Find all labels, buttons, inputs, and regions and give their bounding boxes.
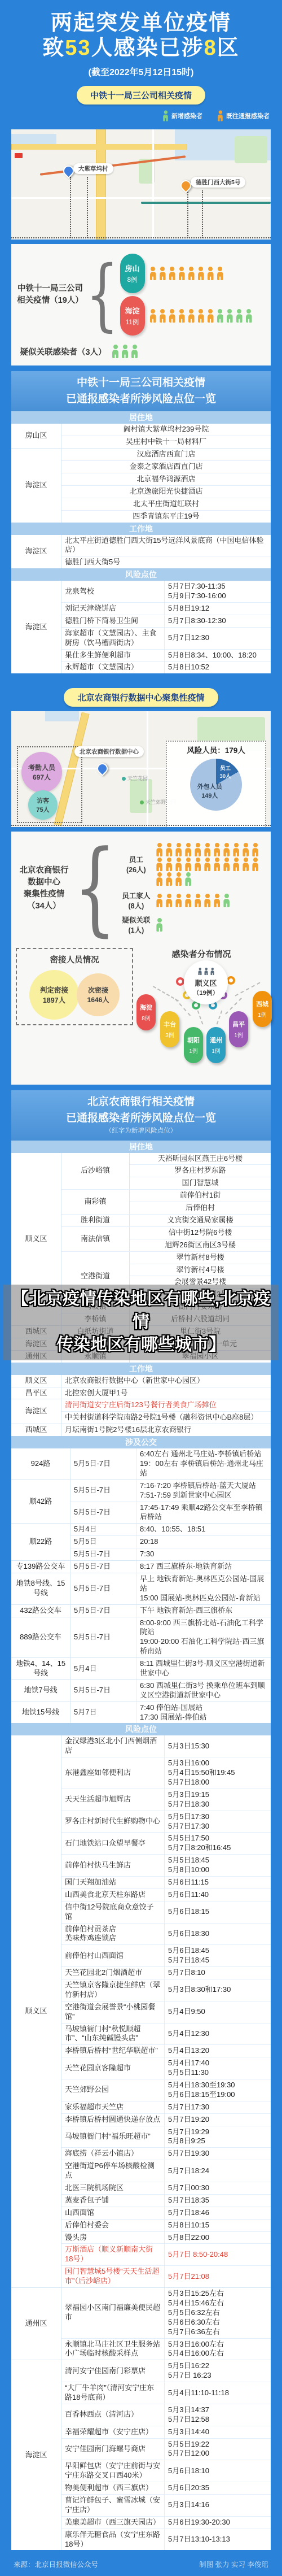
place-row: 曹记许鲜包子、蜜雪冰城（安宁庄店） 5月3日14:16 — [61, 2494, 271, 2516]
place-row: 前俸伯村贡茶店 美味炸鸡连锁店 5月6日18:30 — [61, 1923, 271, 1945]
place-time: 5月3日14:37 5月7日12:58 — [165, 2404, 271, 2426]
place-name: 曹记许鲜包子、蜜雪冰城（安宁庄店） — [61, 2495, 165, 2516]
district-name: 海淀 — [140, 1003, 152, 1012]
date-cell: 5月5日-7日 — [70, 1548, 136, 1560]
author-credit: 制图 张力 实习 李俊瑶 — [199, 2559, 268, 2569]
address-list: 阎村镇大紫草坞村239号院吴庄村中铁十一局材料厂 — [61, 424, 271, 448]
person-icon — [252, 843, 258, 856]
place-time: 5月7日19:30 — [165, 2148, 271, 2160]
address-list: 前俸伯村1街后俸伯村 — [130, 1190, 271, 1214]
address-list: 月坛南街1号院2号楼16层北京农商银行 — [61, 1424, 271, 1436]
person-icon — [217, 267, 223, 280]
place-row: 国门天翔加油站 5月6日11:15 — [61, 1876, 271, 1889]
confirmed-close-contacts: 判定密接 1897人 — [29, 970, 79, 1020]
place-row: 北医三院机场院区 5月7日00:30 — [61, 2182, 271, 2194]
district-name: 丰台 — [164, 1020, 176, 1029]
location-pin — [95, 761, 110, 776]
person-icon — [185, 858, 191, 871]
address-list: 义宾街交通局家属楼 — [130, 1215, 271, 1226]
place-name: 山西面馆 — [61, 2207, 165, 2219]
brace-icon: { — [73, 848, 116, 929]
place-name: 天竺花园京客隆超市 — [61, 2057, 165, 2079]
place-name: 空港街道P6停车场核酸检测点 — [61, 2160, 165, 2182]
district-cell: 通州区 — [11, 2288, 61, 2360]
bus-entry-row: 5月5日-7日 17:45-17:49 乘顺42路公交车至李桥镇后桥站 — [70, 1502, 271, 1524]
pictogram-row: 员工家人 (8人) — [117, 890, 266, 911]
address-cell: 中关村街道科学院南路2号院1号楼（融科资讯中心B座8层） — [61, 1411, 271, 1424]
address-cell: 德胜门西大街5号 — [61, 556, 271, 568]
section-risk-points: 风险点位 — [11, 1723, 271, 1735]
legend-prev-label: 既往通报感染者 — [226, 111, 270, 120]
map-road — [147, 711, 148, 827]
place-row: 刘记天津烧饼店 5月8日19:12 — [61, 602, 271, 615]
place-row: 空港街道会展誉景“小桃园餐馆” 5月4日9:50 — [61, 2001, 271, 2023]
legend-prev-cases: 既往通报感染者 — [217, 109, 270, 123]
district-cell: 海淀区 — [11, 1399, 61, 1424]
address-cell: 后俸伯村 — [130, 1202, 271, 1214]
close-contacts-title: 密接人员情况 — [19, 954, 130, 965]
table-row: 海淀区 汉庭酒店西直门店金泰之家酒店西直门店北京福华鸿源酒店北京逸旅阳光快捷酒店… — [11, 448, 271, 522]
person-icon — [156, 918, 162, 932]
place-name: 清河安宁佳园南门彩票店 — [61, 2360, 165, 2382]
bus-entry-row: 5月7日 7:40 俸伯站-国展站 17:30 国展站-俸伯站 — [70, 1702, 271, 1724]
source-credit: 来源：北京日报微信公众号 — [14, 2559, 98, 2569]
person-icon — [198, 309, 204, 323]
nongshang-pictogram-panel: 北京农商银行 数据中心 聚集性疫情 （34人） { 员工 (26人) 员工家人 … — [11, 832, 271, 1085]
person-icon — [236, 309, 243, 323]
contacts-and-distribution: 密接人员情况 判定密接 1897人 次密接 1646人 感染者分布情况 — [16, 948, 266, 1078]
close-contacts-box: 密接人员情况 判定密接 1897人 次密接 1646人 — [16, 948, 133, 1025]
place-name: 早阳鲜包店（安宁庄前街与安宁庄东路交叉口西40米） — [61, 2460, 165, 2482]
place-row: 翠福园小区南门福廉美便民超市 5月3日15:25左右 5月4日15:46左右 5… — [61, 2288, 271, 2338]
place-time: 5月3日14:40 — [165, 2426, 271, 2438]
place-time: 5月6日18:10 — [165, 2460, 271, 2482]
place-list: 金汉绿港3区北小门西侧烟酒店 5月3日15:30 东港鑫座如邻便利店 5月3日1… — [61, 1735, 271, 2287]
district-cell: 海淀区 — [11, 449, 61, 522]
town-row: 后沙峪镇 天裕昕园东区燕王庄6号楼罗各庄村罗东路国门智慧城 — [61, 1153, 271, 1190]
detail-cell: 8:17 西三旗桥东-地铁育新站 — [136, 1561, 271, 1573]
person-icon — [131, 345, 138, 358]
table-row: 专139路公交车 5月5日-7日 8:17 西三旗桥东-地铁育新站 — [11, 1560, 271, 1573]
person-icon — [217, 309, 223, 323]
district-pill: 海淀 8例 — [136, 994, 156, 1030]
t2-residence-wrap: 顺义区 后沙峪镇 天裕昕园东区燕王庄6号楼罗各庄村罗东路国门智慧城 南彩镇 — [11, 1153, 271, 1363]
place-time: 5月6日20:35 — [165, 2482, 271, 2494]
place-name: 蒸麦香包子铺 — [61, 2195, 165, 2207]
place-name: 永辉超市（文慧园店） — [61, 662, 165, 673]
place-name: “大厂牛羊肉”（清河安宁庄东路18号底商） — [61, 2382, 165, 2404]
place-row: 德胜门桥下简易卫生间 5月7日8:30-12:30 — [61, 615, 271, 627]
section-workplace: 工作地 — [11, 1363, 271, 1375]
t2-bus-groups: 924路 5月5日-7日 6:40左右 通州北马庄站-李桥镇后桥站 19：00左… — [11, 1448, 271, 1723]
bus-entry-list: 5月4日 8:40、10:55、18:51 5月5日 20:18 5月5日-7日… — [70, 1524, 271, 1560]
place-time: 5月6日18:15 — [165, 1901, 271, 1923]
place-time: 5月7日12:30 — [165, 628, 271, 649]
place-time: 5月5日18:45 5月8日10:00 — [165, 1855, 271, 1876]
case-count: 1例 — [211, 1046, 221, 1055]
row-label: 员工 (26人) — [117, 854, 155, 874]
district-name: 房山 — [125, 263, 140, 273]
person-icon — [160, 309, 166, 323]
section2-title-pill: 北京农商银行数据中心聚集性疫情 — [64, 688, 218, 707]
address-list: 天裕昕园东区燕王庄6号楼罗各庄村罗东路国门智慧城 — [130, 1153, 271, 1190]
place-time: 5月7日8:10 — [165, 1967, 271, 1979]
caption-line2: 传染地区有哪些城市】 — [5, 1334, 277, 1357]
date-cell: 5月4日 — [70, 1524, 136, 1535]
place-row: “大厂牛羊肉”（清河安宁庄东路18号底商） 5月4日11:10-11:18 — [61, 2382, 271, 2404]
place-list: 龙泉驾校 5月7日7:30-11:35 5月9日7:30-16:00 刘记天津烧… — [61, 581, 271, 673]
person-icon — [185, 872, 191, 886]
address-cell: 翠竹新村8号楼 — [130, 1252, 271, 1264]
page-title-line1: 两起突发单位疫情 — [0, 11, 282, 36]
pictogram-row: 疑似关联 (1人) — [117, 915, 266, 935]
address-cell: 国门智慧城 — [130, 1177, 271, 1189]
map-nongshang-datacenter: 考勤人员 697人 访客 75人 北京农商银行数据中心 天竺花园 天竺郊野公园 … — [11, 711, 271, 827]
table-row: 顺22路 5月4日 8:40、10:55、18:51 5月5日 20:18 5月… — [11, 1523, 271, 1560]
pictogram2-label: 北京农商银行 数据中心 聚集性疫情 （34人） — [16, 865, 72, 912]
pictogram2: 北京农商银行 数据中心 聚集性疫情 （34人） { 员工 (26人) 员工家人 … — [16, 838, 266, 939]
address-cell: 北控宏创大厦甲1号 — [61, 1387, 271, 1399]
address-cell: 北太平庄街道红联村 — [61, 498, 271, 510]
table-row: 海淀区 北太平庄街道德胜门西大街15号远洋风景底商（中国电信体验店）德胜门西大街… — [11, 535, 271, 569]
place-name: 物美便利超市（西三旗店） — [61, 2482, 165, 2494]
place-name: 山西美食北京天柱东路店 — [61, 1889, 165, 1901]
person-icon — [208, 309, 214, 323]
detail-cell: 6:40左右 通州北马庄站-李桥镇后桥站 19：00左右 李桥镇后桥站-通州北马… — [136, 1448, 271, 1480]
place-time: 5月7日17:30 — [165, 2101, 271, 2113]
district-count: 8 — [204, 36, 217, 60]
person-icons — [155, 917, 164, 932]
place-time: 5月8日10:15 — [165, 2220, 271, 2231]
place-row: 果仕多生鲜便利超市 5月8日8:34、10:00、18:20 — [61, 649, 271, 662]
place-name: 李桥镇后桥村圆通快递存放点 — [61, 2114, 165, 2126]
place-name: 翠福园小区南门福廉美便民超市 — [61, 2288, 165, 2338]
date-cell: 5月5日-7日 — [70, 1480, 136, 1502]
t1-risk-groups: 海淀区 龙泉驾校 5月7日7:30-11:35 5月9日7:30-16:00 刘… — [11, 581, 271, 673]
place-row: 蒸麦香包子铺 5月7日18:35 — [61, 2194, 271, 2207]
person-icon — [150, 309, 156, 323]
guide-line — [202, 190, 203, 238]
bus-entry-row: 5月5日-7日 8:17 西三旗桥东-地铁育新站 — [70, 1561, 271, 1573]
pictogram-row: 员工 (26人) — [117, 842, 266, 886]
place-row: 海家超市（文慧园店）、主食厨房（饮马槽西街店） 5月7日12:30 — [61, 627, 271, 649]
person-icon — [156, 843, 162, 856]
town-cell: 胜利街道 — [61, 1215, 130, 1226]
place-time: 5月7日13:10-13:13 — [165, 2529, 271, 2551]
address-cell: 北京逸旅阳光快捷酒店 — [61, 485, 271, 498]
bus-route-cell: 地铁8号线、15号线 — [11, 1573, 70, 1604]
district-cell: 海淀区 — [11, 581, 61, 673]
address-cell: 北京福华鸿源酒店 — [61, 473, 271, 485]
place-time: 5月3日16:00 5月4日15:50和19:45 5月7日18:00 — [165, 1757, 271, 1789]
place-time: 5月7日8:30-12:30 — [165, 615, 271, 627]
t1-workplace-groups: 海淀区 北太平庄街道德胜门西大街15号远洋风景底商（中国电信体验店）德胜门西大街… — [11, 535, 271, 569]
table-row: 海淀区 龙泉驾校 5月7日7:30-11:35 5月9日7:30-16:00 刘… — [11, 581, 271, 673]
district-pill: 西城 1例 — [253, 991, 272, 1027]
row-label: 员工家人 (8人) — [117, 890, 155, 911]
table-row: 地铁7号线 5月5日-7日 6:30 西城里仁街3号 换乘单位班车到顺义区空港街… — [11, 1679, 271, 1702]
place-time: 5月4日9:50 — [165, 2001, 271, 2023]
place-row: 马坡镇衙门村“秋悦顺超市”、“山东纯碱馒头店” 5月4日12:30 — [61, 2023, 271, 2045]
address-list: 北太平庄街道德胜门西大街15号远洋风景底商（中国电信体验店）德胜门西大街5号 — [61, 535, 271, 569]
pie-label-staff: 员工 30人 — [219, 764, 231, 780]
district-cell: 房山区 — [11, 424, 61, 448]
place-name: 东港鑫座如邻便利店 — [61, 1757, 165, 1789]
place-time: 5月7日18:46 — [165, 2207, 271, 2219]
detail-cell: 20:18 — [136, 1536, 271, 1548]
place-name: 德胜门桥下简易卫生间 — [61, 615, 165, 627]
place-time: 5月7日18:24 — [165, 2160, 271, 2182]
person-icons — [148, 266, 225, 281]
place-time: 5月5日16:22 5月7日 16:23 — [165, 2360, 271, 2382]
place-name: 前俸伯村快马生鲜店 — [61, 1855, 165, 1876]
place-name: 空港街道会展誉景“小桃园餐馆” — [61, 2001, 165, 2023]
address-list: 汉庭酒店西直门店金泰之家酒店西直门店北京福华鸿源酒店北京逸旅阳光快捷酒店北太平庄… — [61, 449, 271, 522]
person-icon — [175, 872, 182, 886]
place-row: 永辉超市（文慧园店） 5月8日10:52 — [61, 661, 271, 673]
district-name: 朝阳 — [187, 1035, 200, 1045]
person-icon — [188, 267, 195, 280]
map-label-dazicaowu: 大紫草坞村 — [73, 163, 113, 174]
place-name: 天竺花园北2门烟酒超市 — [61, 1967, 165, 1979]
green-person-icon — [163, 111, 168, 121]
place-name: 康乐伴无糖食品（安宁庄东路18号） — [61, 2529, 165, 2551]
bus-entry-list: 5月7日 7:40 俸伯站-国展站 17:30 国展站-俸伯站 — [70, 1702, 271, 1724]
pictogram-groups: 房山 8例 海淀 11例 — [120, 251, 254, 338]
place-row: 国门智慧城5号楼“天天生活超市”（后沙峪店） 5月7日21:08 — [61, 2265, 271, 2287]
connector-line — [197, 1011, 204, 1025]
guide-line — [187, 190, 188, 238]
person-icon — [156, 872, 162, 886]
suspect-label: 疑似关联感染者（3人） — [16, 346, 111, 358]
place-name: 幸福荣耀超市（安宁庄店） — [61, 2426, 165, 2438]
address-cell: 义宾街交通局家属楼 — [130, 1215, 271, 1226]
place-name: 万斯酒店（顺义新顺南大街18号） — [61, 2244, 165, 2265]
district-name: 西城 — [256, 999, 268, 1008]
bus-entry-list: 5月5日-7日 6:30 西城里仁街3号 换乘单位班车到顺义区空港街道新世家中心 — [70, 1680, 271, 1702]
center-district-name: 顺义区 — [195, 977, 217, 988]
date-cell: 5月5日-7日 — [70, 1448, 136, 1480]
date-cell: 5月5日-7日 — [70, 1605, 136, 1617]
bus-entry-list: 5月4日 8:11 西城里仁街3号-顺义区空港街道新世家中心 — [70, 1658, 271, 1679]
place-name: 龙泉驾校 — [61, 581, 165, 602]
place-row: 马坡镇衙门村“福乐旺超市” 5月7日19:29 5月8日9:25 — [61, 2126, 271, 2148]
secondary-close-contacts: 次密接 1646人 — [77, 973, 120, 1016]
case-count: 8例 — [142, 1013, 151, 1022]
pie-label-outsourced: 外包人员 149人 — [197, 782, 222, 800]
person-icon — [166, 843, 172, 856]
table-row: 地铁4、14、15号线 5月4日 8:11 西城里仁街3号-顺义区空港街道新世家… — [11, 1657, 271, 1679]
place-row: 美廉美超市（西三旗天园店） 5月6日19:30-20:30 — [61, 2516, 271, 2529]
bus-route-cell: 顺22路 — [11, 1524, 70, 1560]
address-cell: 月坛南街1号院2号楼16层北京农商银行 — [61, 1424, 271, 1436]
bus-entry-list: 5月5日-7日 早上 地铁育新站-奥林匹克公园站-国展站 15:00 国展站-奥… — [70, 1573, 271, 1604]
detail-cell: 7:30 — [136, 1548, 271, 1560]
distribution-center-shunyi: 顺义区 （19例） — [184, 960, 228, 1004]
place-name: 北医三院机场院区 — [61, 2182, 165, 2194]
spoke-ring — [176, 977, 184, 986]
video-caption-overlay: 【北京疫情传染地区有哪些,北京疫情 传染地区有哪些城市】 — [3, 1285, 279, 1360]
place-row: 清河安宁佳园南门彩票店 5月5日16:22 5月7日 16:23 — [61, 2360, 271, 2382]
bus-route-cell: 地铁4、14、15号线 — [11, 1658, 70, 1679]
person-icon — [214, 858, 220, 871]
district-cell: 西城区 — [11, 1424, 61, 1436]
place-time: 5月3日16:00左右 5月4日16:00左右 — [165, 2339, 271, 2360]
place-list: 翠福园小区南门福廉美便民超市 5月3日15:25左右 5月4日15:46左右 5… — [61, 2288, 271, 2360]
map-park — [130, 779, 152, 813]
legend-new-cases: 新增感染者 — [162, 109, 202, 123]
place-time: 5月3日8:30和17:30 — [165, 1979, 271, 2001]
place-row: 前俸伯村山西面馆 5月6日18:45 5月7日18:45 — [61, 1944, 271, 1966]
bus-entry-list: 5月5日-7日 7:16-7:20 李桥镇后桥站-蓝天大厦站 7:51-7:59… — [70, 1480, 271, 1524]
connector-line — [175, 999, 191, 1016]
place-name: 国门天翔加油站 — [61, 1877, 165, 1889]
place-row: 信中街12号院底商众意饺子馆 5月6日18:15 — [61, 1901, 271, 1923]
map-water — [45, 711, 79, 721]
detail-cell: 7:40 俸伯站-国展站 17:30 国展站-俸伯站 — [136, 1702, 271, 1724]
place-name: 信中街12号院底商众意饺子馆 — [61, 1901, 165, 1923]
place-time: 5月4日12:30 — [165, 2024, 271, 2045]
person-icon — [175, 858, 182, 871]
section-residence: 居住地 — [11, 411, 271, 424]
bus-entry-list: 5月5日-7日 6:40左右 通州北马庄站-李桥镇后桥站 19：00左右 李桥镇… — [70, 1448, 271, 1480]
red-text-note: （红字为新增风险点位） — [14, 1126, 268, 1136]
table-row: 通州区 翠福园小区南门福廉美便民超市 5月3日15:25左右 5月4日15:46… — [11, 2287, 271, 2360]
pictogram-main: 中铁十一局三公司 相关疫情（19人） { 房山 8例 海淀 11例 — [16, 251, 266, 338]
bus-entry-row: 5月5日-7日 早上 地铁育新站-奥林匹克公园站-国展站 15:00 国展站-奥… — [70, 1573, 271, 1604]
bus-entry-row: 5月4日 8:11 西城里仁街3号-顺义区空港街道新世家中心 — [70, 1658, 271, 1679]
connector-line — [217, 1011, 223, 1025]
pictogram-group: 海淀 11例 — [120, 296, 254, 336]
map-bottom-guide — [11, 825, 271, 826]
place-row: 天竺郊野公园 5月4日18:30至19:30 5月6日18:15至19:00 — [61, 2079, 271, 2101]
place-time: 5月8日8:34、10:00、18:20 — [165, 650, 271, 662]
person-icon — [166, 858, 172, 871]
bus-entry-row: 5月4日 8:40、10:55、18:51 — [70, 1524, 271, 1535]
person-icon — [185, 843, 191, 856]
place-row: 安宁佳园南门海螺号商店 5月5日19:22 5月7日12:00 — [61, 2438, 271, 2460]
address-cell: 汉庭酒店西直门店 — [61, 449, 271, 460]
place-name: 海家超市（文慧园店）、主食厨房（饮马槽西街店） — [61, 628, 165, 649]
bus-route-cell: 顺42路 — [11, 1480, 70, 1524]
person-icons — [155, 893, 231, 908]
bus-route-cell: 432路公交车 — [11, 1605, 70, 1617]
person-icon — [233, 858, 239, 871]
place-name: 前俸伯村贡茶店 美味炸鸡连锁店 — [61, 1924, 165, 1945]
bus-route-cell: 地铁7号线 — [11, 1680, 70, 1702]
person-icon — [179, 267, 185, 280]
address-cell: 翠竹新村4号楼 — [130, 1264, 271, 1276]
map-road — [11, 144, 187, 150]
person-icon — [204, 843, 210, 856]
person-icons — [148, 308, 254, 323]
header: 两起突发单位疫情 致53人感染已涉8区 (截至2022年5月12日15时) — [0, 0, 282, 78]
case-count: 1例 — [234, 1030, 243, 1039]
pictogram2-rows: 员工 (26人) 员工家人 (8人) 疑似关联 (1人) — [117, 838, 266, 939]
bus-entry-list: 5月5日-7日 下午 地铁育新站-西三旗桥东 — [70, 1605, 271, 1617]
infected-count: 53 — [65, 36, 91, 60]
risk-personnel-box: 风险人员：179人 员工 30人 外包人员 149人 — [166, 741, 266, 827]
address-cell: 吴庄村中铁十一局材料厂 — [61, 436, 271, 448]
address-cell: 前俸伯村1街 — [130, 1190, 271, 1202]
section-residence: 居住地 — [11, 1141, 271, 1153]
address-list: 北控宏创大厦甲1号 — [61, 1387, 271, 1399]
bus-entry-row: 5月5日-7日 7:30 — [70, 1548, 271, 1560]
address-list: 北京农商银行数据中心（新世家中心园区） — [61, 1375, 271, 1387]
person-icon — [112, 345, 118, 358]
place-name: 李桥镇后桥村“世纪华联超市” — [61, 2045, 165, 2057]
person-icons — [155, 842, 266, 886]
place-name: 天天生活超市旭辉店 — [61, 1789, 165, 1811]
date-cell: 5月5日-7日 — [70, 1573, 136, 1604]
table-row: 昌平区 北控宏创大厦甲1号 — [11, 1387, 271, 1399]
risk-personnel-title: 风险人员：179人 — [168, 744, 264, 755]
district-cell: 海淀区 — [11, 2360, 61, 2550]
district-cell: 昌平区 — [11, 1387, 61, 1399]
place-row: 石门地铁站口众望早餐亭 5月5日17:50 5月7日8:20和16:45 — [61, 1832, 271, 1854]
visitors-circle: 访客 75人 — [28, 790, 58, 820]
infographic-page: 两起突发单位疫情 致53人感染已涉8区 (截至2022年5月12日15时) 中铁… — [0, 0, 282, 2576]
case-distribution-chart: 感染者分布情况 — [136, 948, 266, 1078]
place-time: 5月6日18:30 — [165, 1924, 271, 1945]
person-icon — [204, 858, 210, 871]
legend: 新增感染者 既往通报感染者 — [0, 108, 282, 125]
detail-cell: 8:00-9:00 西三旗桥北站-石油化工科学院站 19:00-20:00 石油… — [136, 1617, 271, 1658]
section-risk-points: 风险点位 — [11, 568, 271, 581]
date-cell: 5月7日 — [70, 1702, 136, 1724]
place-time: 5月7日21:08 — [165, 2266, 271, 2287]
table-row: 924路 5月5日-7日 6:40左右 通州北马庄站-李桥镇后桥站 19：00左… — [11, 1448, 271, 1480]
address-cell: 四季青镇东平庄19号 — [61, 510, 271, 523]
caption-line1: 【北京疫情传染地区有哪些,北京疫情 — [5, 1288, 277, 1334]
bus-entry-row: 5月5日-7日 7:16-7:20 李桥镇后桥站-蓝天大厦站 7:51-7:59… — [70, 1480, 271, 1502]
address-cell: 阎村镇大紫草坞村239号院 — [61, 424, 271, 436]
address-list: 信中街12号院6号楼旭辉26街区南区3号楼 — [130, 1227, 271, 1251]
person-icon — [246, 309, 252, 323]
district-pill: 通州 1例 — [206, 1027, 226, 1063]
pictogram-group: 房山 8例 — [120, 254, 254, 293]
district-pill: 昌平 1例 — [229, 1011, 248, 1047]
district-cell: 顺义区 — [11, 1735, 61, 2287]
bus-entry-list: 5月5日-7日 8:00-9:00 西三旗桥北站-石油化工科学院站 19:00-… — [70, 1617, 271, 1658]
person-icon — [252, 858, 258, 871]
place-time: 5月7日19:29 5月8日9:25 — [165, 2126, 271, 2148]
date-cell: 5月5日 — [70, 1536, 136, 1548]
bus-route-cell: 专139路公交车 — [11, 1561, 70, 1573]
table-row: 889路公交车 5月5日-7日 8:00-9:00 西三旗桥北站-石油化工科学院… — [11, 1617, 271, 1658]
person-icon — [169, 309, 175, 323]
place-row: 万斯酒店（顺义新顺南大街18号） 5月7日 8:50-20:48 — [61, 2243, 271, 2265]
person-icon — [185, 894, 191, 907]
table-row: 房山区 阎村镇大紫草坞村239号院吴庄村中铁十一局材料厂 — [11, 424, 271, 448]
person-icon — [175, 894, 182, 907]
address-cell: 清河街道安宁庄后街123号餐行者美食广场摊位 — [61, 1399, 271, 1411]
town-cell: 南法信镇 — [61, 1227, 130, 1251]
place-time: 5月4日11:10-11:18 — [165, 2382, 271, 2404]
map-road — [11, 197, 271, 199]
district-pill: 朝阳 1例 — [184, 1027, 203, 1063]
case-count: 3例 — [165, 1030, 174, 1039]
person-icon — [243, 858, 249, 871]
place-row: 空港街道P6停车场核酸检测点 5月7日18:24 — [61, 2160, 271, 2182]
t1-residence-groups: 房山区 阎村镇大紫草坞村239号院吴庄村中铁十一局材料厂 海淀区 汉庭酒店西直门… — [11, 424, 271, 522]
bus-route-cell: 地铁15号线 — [11, 1702, 70, 1724]
place-row: 李桥镇后桥村“世纪华联超市” 5月4日13:20 — [61, 2044, 271, 2057]
place-row: 前俸伯村快马生鲜店 5月5日18:45 5月8日10:00 — [61, 1854, 271, 1876]
place-row: 物美便利超市（西三旗店） 5月6日20:35 — [61, 2482, 271, 2494]
footer: 来源：北京日报微信公众号 制图 张力 实习 李俊瑶 — [0, 2550, 282, 2576]
place-name: 海底捞（祥云小镇店） — [61, 2148, 165, 2160]
